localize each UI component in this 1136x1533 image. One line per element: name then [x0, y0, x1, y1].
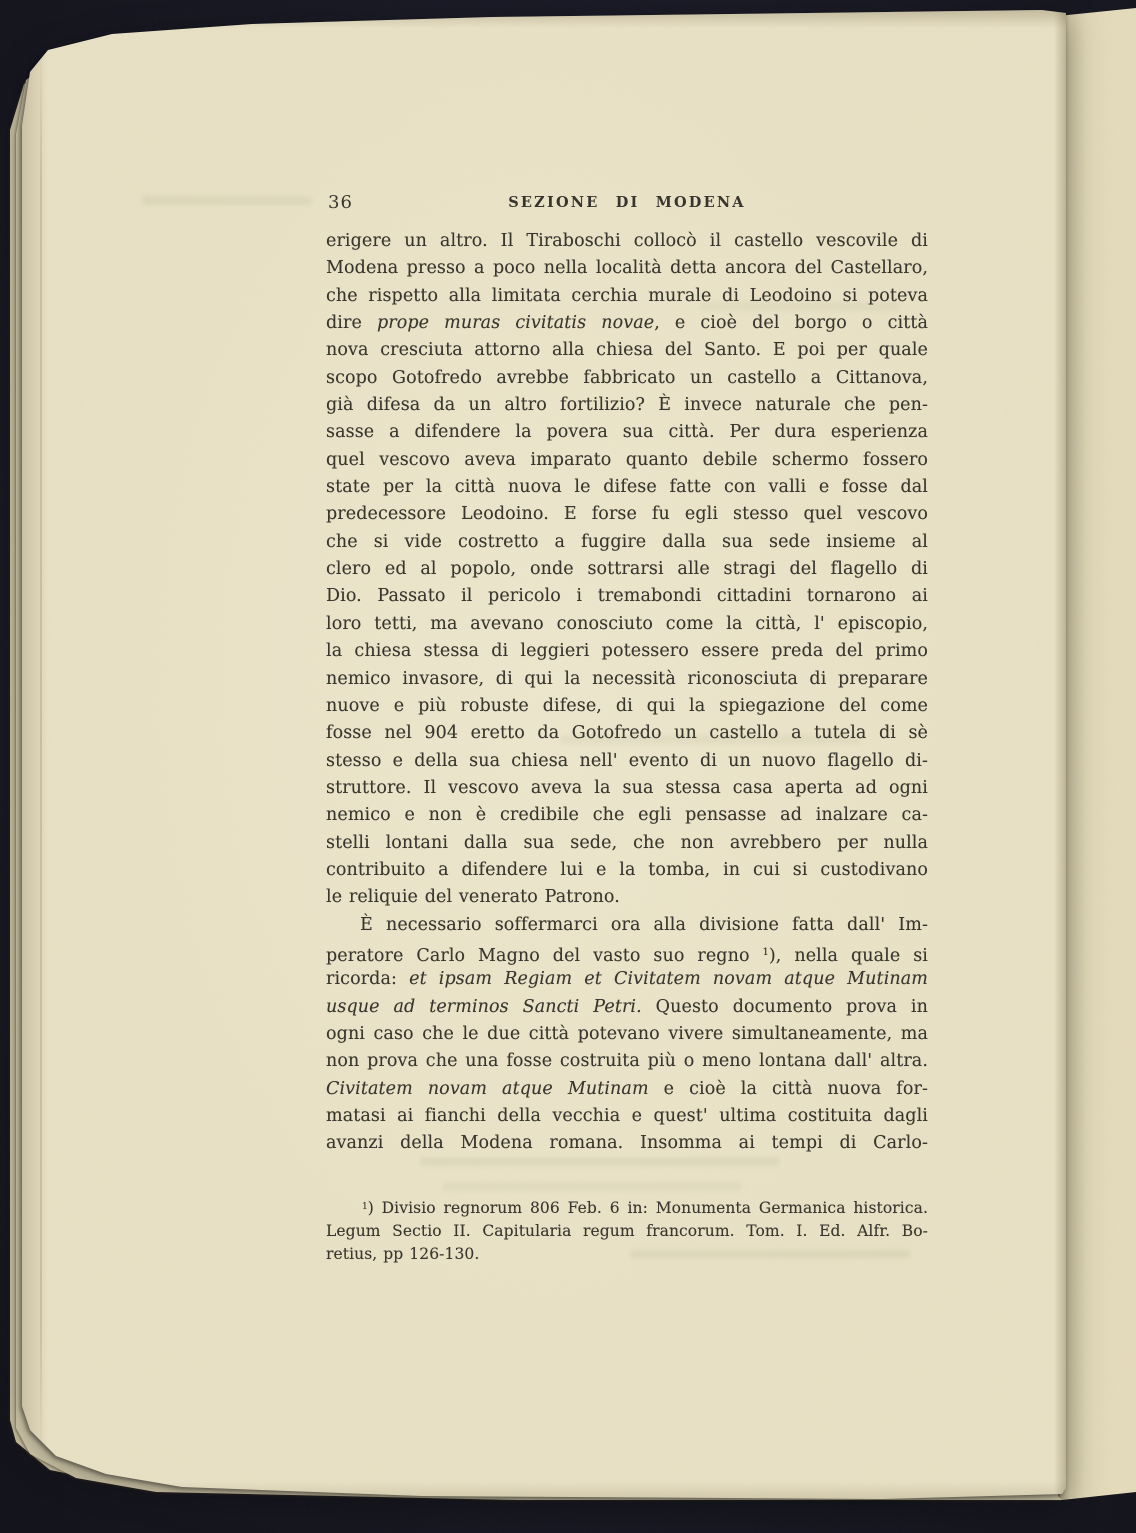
text-segment: loro tetti, ma avevano conosciuto come l…: [326, 614, 928, 634]
text-line: retius, pp 126-130.: [326, 1243, 928, 1267]
text-segment: che si vide costretto a fuggire dalla su…: [326, 532, 928, 552]
text-segment: predecessore Leodoino. E forse fu egli s…: [326, 504, 928, 524]
text-segment: scopo Gotofredo avrebbe fabbricato un ca…: [326, 368, 928, 388]
text-line: state per la città nuova le difese fatte…: [326, 474, 928, 501]
text-segment: state per la città nuova le difese fatte…: [326, 477, 928, 497]
text-line: sasse a difendere la povera sua città. P…: [326, 419, 928, 446]
text-segment: quel vescovo aveva imparato quanto debil…: [326, 450, 928, 470]
running-header: SEZIONE DI MODENA: [326, 190, 928, 216]
book-page: 36 SEZIONE DI MODENA erigere un altro. I…: [22, 10, 1066, 1504]
show-through-smudge: [142, 196, 312, 205]
text-segment: sasse a difendere la povera sua città. P…: [326, 422, 928, 442]
show-through-smudge: [420, 1157, 780, 1166]
text-line: usque ad terminos Sancti Petri. Questo d…: [326, 994, 928, 1021]
text-segment: stesso e della sua chiesa nell' evento d…: [326, 751, 928, 771]
text-segment: retius, pp 126-130.: [326, 1245, 479, 1263]
text-line: scopo Gotofredo avrebbe fabbricato un ca…: [326, 365, 928, 392]
text-line: clero ed al popolo, onde sottrarsi alle …: [326, 556, 928, 583]
text-line: ogni caso che le due città potevano vive…: [326, 1021, 928, 1048]
body-text: erigere un altro. Il Tiraboschi collocò …: [326, 228, 928, 1158]
footnote-marker: 1: [362, 1202, 368, 1212]
show-through-smudge: [630, 1250, 910, 1258]
text-segment: nova cresciuta attorno alla chiesa del S…: [326, 340, 928, 360]
text-segment: nemico e non è credibile che egli pensas…: [326, 805, 928, 825]
text-line: stelli lontani dalla sua sede, che non a…: [326, 830, 928, 857]
book-scan: 36 SEZIONE DI MODENA erigere un altro. I…: [0, 0, 1136, 1533]
text-segment: le reliquie del venerato Patrono.: [326, 887, 620, 907]
footnote: 1) Divisio regnorum 806 Feb. 6 in: Monum…: [326, 1196, 928, 1267]
text-segment: matasi ai fianchi della vecchia e quest'…: [326, 1106, 928, 1126]
text-segment: nuove e più robuste difese, di qui la sp…: [326, 696, 928, 716]
text-line: che si vide costretto a fuggire dalla su…: [326, 529, 928, 556]
show-through-smudge: [560, 735, 860, 744]
show-through-smudge: [700, 302, 900, 311]
text-line: peratore Carlo Magno del vasto suo regno…: [326, 939, 928, 966]
text-line: le reliquie del venerato Patrono.: [326, 884, 928, 911]
text-line: stesso e della sua chiesa nell' evento d…: [326, 748, 928, 775]
text-segment: che rispetto alla limitata cerchia mural…: [326, 286, 928, 306]
scan-grain-texture: [0, 0, 1136, 1533]
text-segment: erigere un altro. Il Tiraboschi collocò …: [326, 231, 928, 251]
text-line: Modena presso a poco nella località dett…: [326, 255, 928, 282]
text-segment: la chiesa stessa di leggieri potessero e…: [326, 641, 928, 661]
text-segment: È necessario soffermarci ora alla divisi…: [360, 915, 928, 935]
text-segment: ) Divisio regnorum 806 Feb. 6 in: Monume…: [368, 1199, 928, 1217]
page-number: 36: [328, 190, 353, 216]
italic-segment: usque ad terminos Sancti Petri.: [326, 997, 642, 1017]
text-segment: nemico invasore, di qui la necessità ric…: [326, 669, 928, 689]
text-line: contribuito a difendere lui e la tomba, …: [326, 857, 928, 884]
page-edge-stack-outer: [0, 0, 1136, 1533]
text-line: 1) Divisio regnorum 806 Feb. 6 in: Monum…: [326, 1196, 928, 1220]
text-segment: peratore Carlo Magno del vasto suo regno: [326, 946, 762, 966]
text-segment: Modena presso a poco nella località dett…: [326, 258, 928, 278]
text-line: erigere un altro. Il Tiraboschi collocò …: [326, 228, 928, 255]
italic-segment: prope muras civitatis novae: [377, 313, 654, 333]
running-header-row: 36 SEZIONE DI MODENA: [326, 190, 928, 216]
text-line: struttore. Il vescovo aveva la sua stess…: [326, 775, 928, 802]
text-segment: dire: [326, 313, 377, 333]
page-edge-sheet: [16, 30, 1062, 1500]
text-line: nova cresciuta attorno alla chiesa del S…: [326, 337, 928, 364]
text-segment: Legum Sectio II. Capitularia regum franc…: [326, 1222, 928, 1240]
text-line: che rispetto alla limitata cerchia mural…: [326, 283, 928, 310]
page-fold-line: [40, 40, 42, 1464]
text-segment: avanzi della Modena romana. Insomma ai t…: [326, 1133, 928, 1153]
text-line: Civitatem novam atque Mutinam e cioè la …: [326, 1076, 928, 1103]
text-segment: contribuito a difendere lui e la tomba, …: [326, 860, 928, 880]
text-line: loro tetti, ma avevano conosciuto come l…: [326, 611, 928, 638]
text-line: Dio. Passato il pericolo i tremabondi ci…: [326, 583, 928, 610]
current-page-wrap: 36 SEZIONE DI MODENA erigere un altro. I…: [0, 0, 1136, 1533]
text-segment: ), nella quale si: [769, 946, 928, 966]
text-segment: fosse nel 904 eretto da Gotofredo un cas…: [326, 723, 928, 743]
text-segment: , e cioè del borgo o città: [654, 313, 928, 333]
page-shading: [22, 10, 1066, 1504]
text-segment: e cioè la città nuova for-: [649, 1079, 928, 1099]
page-edge-sheet: [10, 50, 1060, 1494]
page-edge-stack-inner: [0, 0, 1136, 1533]
text-line: quel vescovo aveva imparato quanto debil…: [326, 447, 928, 474]
text-line: Legum Sectio II. Capitularia regum franc…: [326, 1220, 928, 1244]
next-page-edge: [1058, 8, 1136, 1500]
text-line: predecessore Leodoino. E forse fu egli s…: [326, 501, 928, 528]
text-line: avanzi della Modena romana. Insomma ai t…: [326, 1130, 928, 1157]
text-line: già difesa da un altro fortilizio? È inv…: [326, 392, 928, 419]
show-through-smudge: [442, 1182, 742, 1191]
text-segment: clero ed al popolo, onde sottrarsi alle …: [326, 559, 928, 579]
text-line: la chiesa stessa di leggieri potessero e…: [326, 638, 928, 665]
text-line: nuove e più robuste difese, di qui la sp…: [326, 693, 928, 720]
text-segment: stelli lontani dalla sua sede, che non a…: [326, 833, 928, 853]
text-line: dire prope muras civitatis novae, e cioè…: [326, 310, 928, 337]
text-line: fosse nel 904 eretto da Gotofredo un cas…: [326, 720, 928, 747]
text-segment: ricorda:: [326, 969, 409, 989]
text-segment: già difesa da un altro fortilizio? È inv…: [326, 395, 928, 415]
text-line: nemico e non è credibile che egli pensas…: [326, 802, 928, 829]
text-segment: non prova che una fosse costruita più o …: [326, 1051, 928, 1071]
text-line: ricorda: et ipsam Regiam et Civitatem no…: [326, 966, 928, 993]
text-segment: ogni caso che le due città potevano vive…: [326, 1024, 928, 1044]
text-line: È necessario soffermarci ora alla divisi…: [326, 912, 928, 939]
italic-segment: Civitatem novam atque Mutinam: [326, 1079, 649, 1099]
italic-segment: et ipsam Regiam et Civitatem novam atque…: [409, 969, 928, 989]
text-line: non prova che una fosse costruita più o …: [326, 1048, 928, 1075]
text-segment: Dio. Passato il pericolo i tremabondi ci…: [326, 586, 928, 606]
text-segment: Questo documento prova in: [642, 997, 928, 1017]
footnote-marker: 1: [762, 947, 768, 958]
text-line: nemico invasore, di qui la necessità ric…: [326, 666, 928, 693]
text-line: matasi ai fianchi della vecchia e quest'…: [326, 1103, 928, 1130]
text-segment: struttore. Il vescovo aveva la sua stess…: [326, 778, 928, 798]
page-content: 36 SEZIONE DI MODENA erigere un altro. I…: [22, 10, 1066, 1504]
